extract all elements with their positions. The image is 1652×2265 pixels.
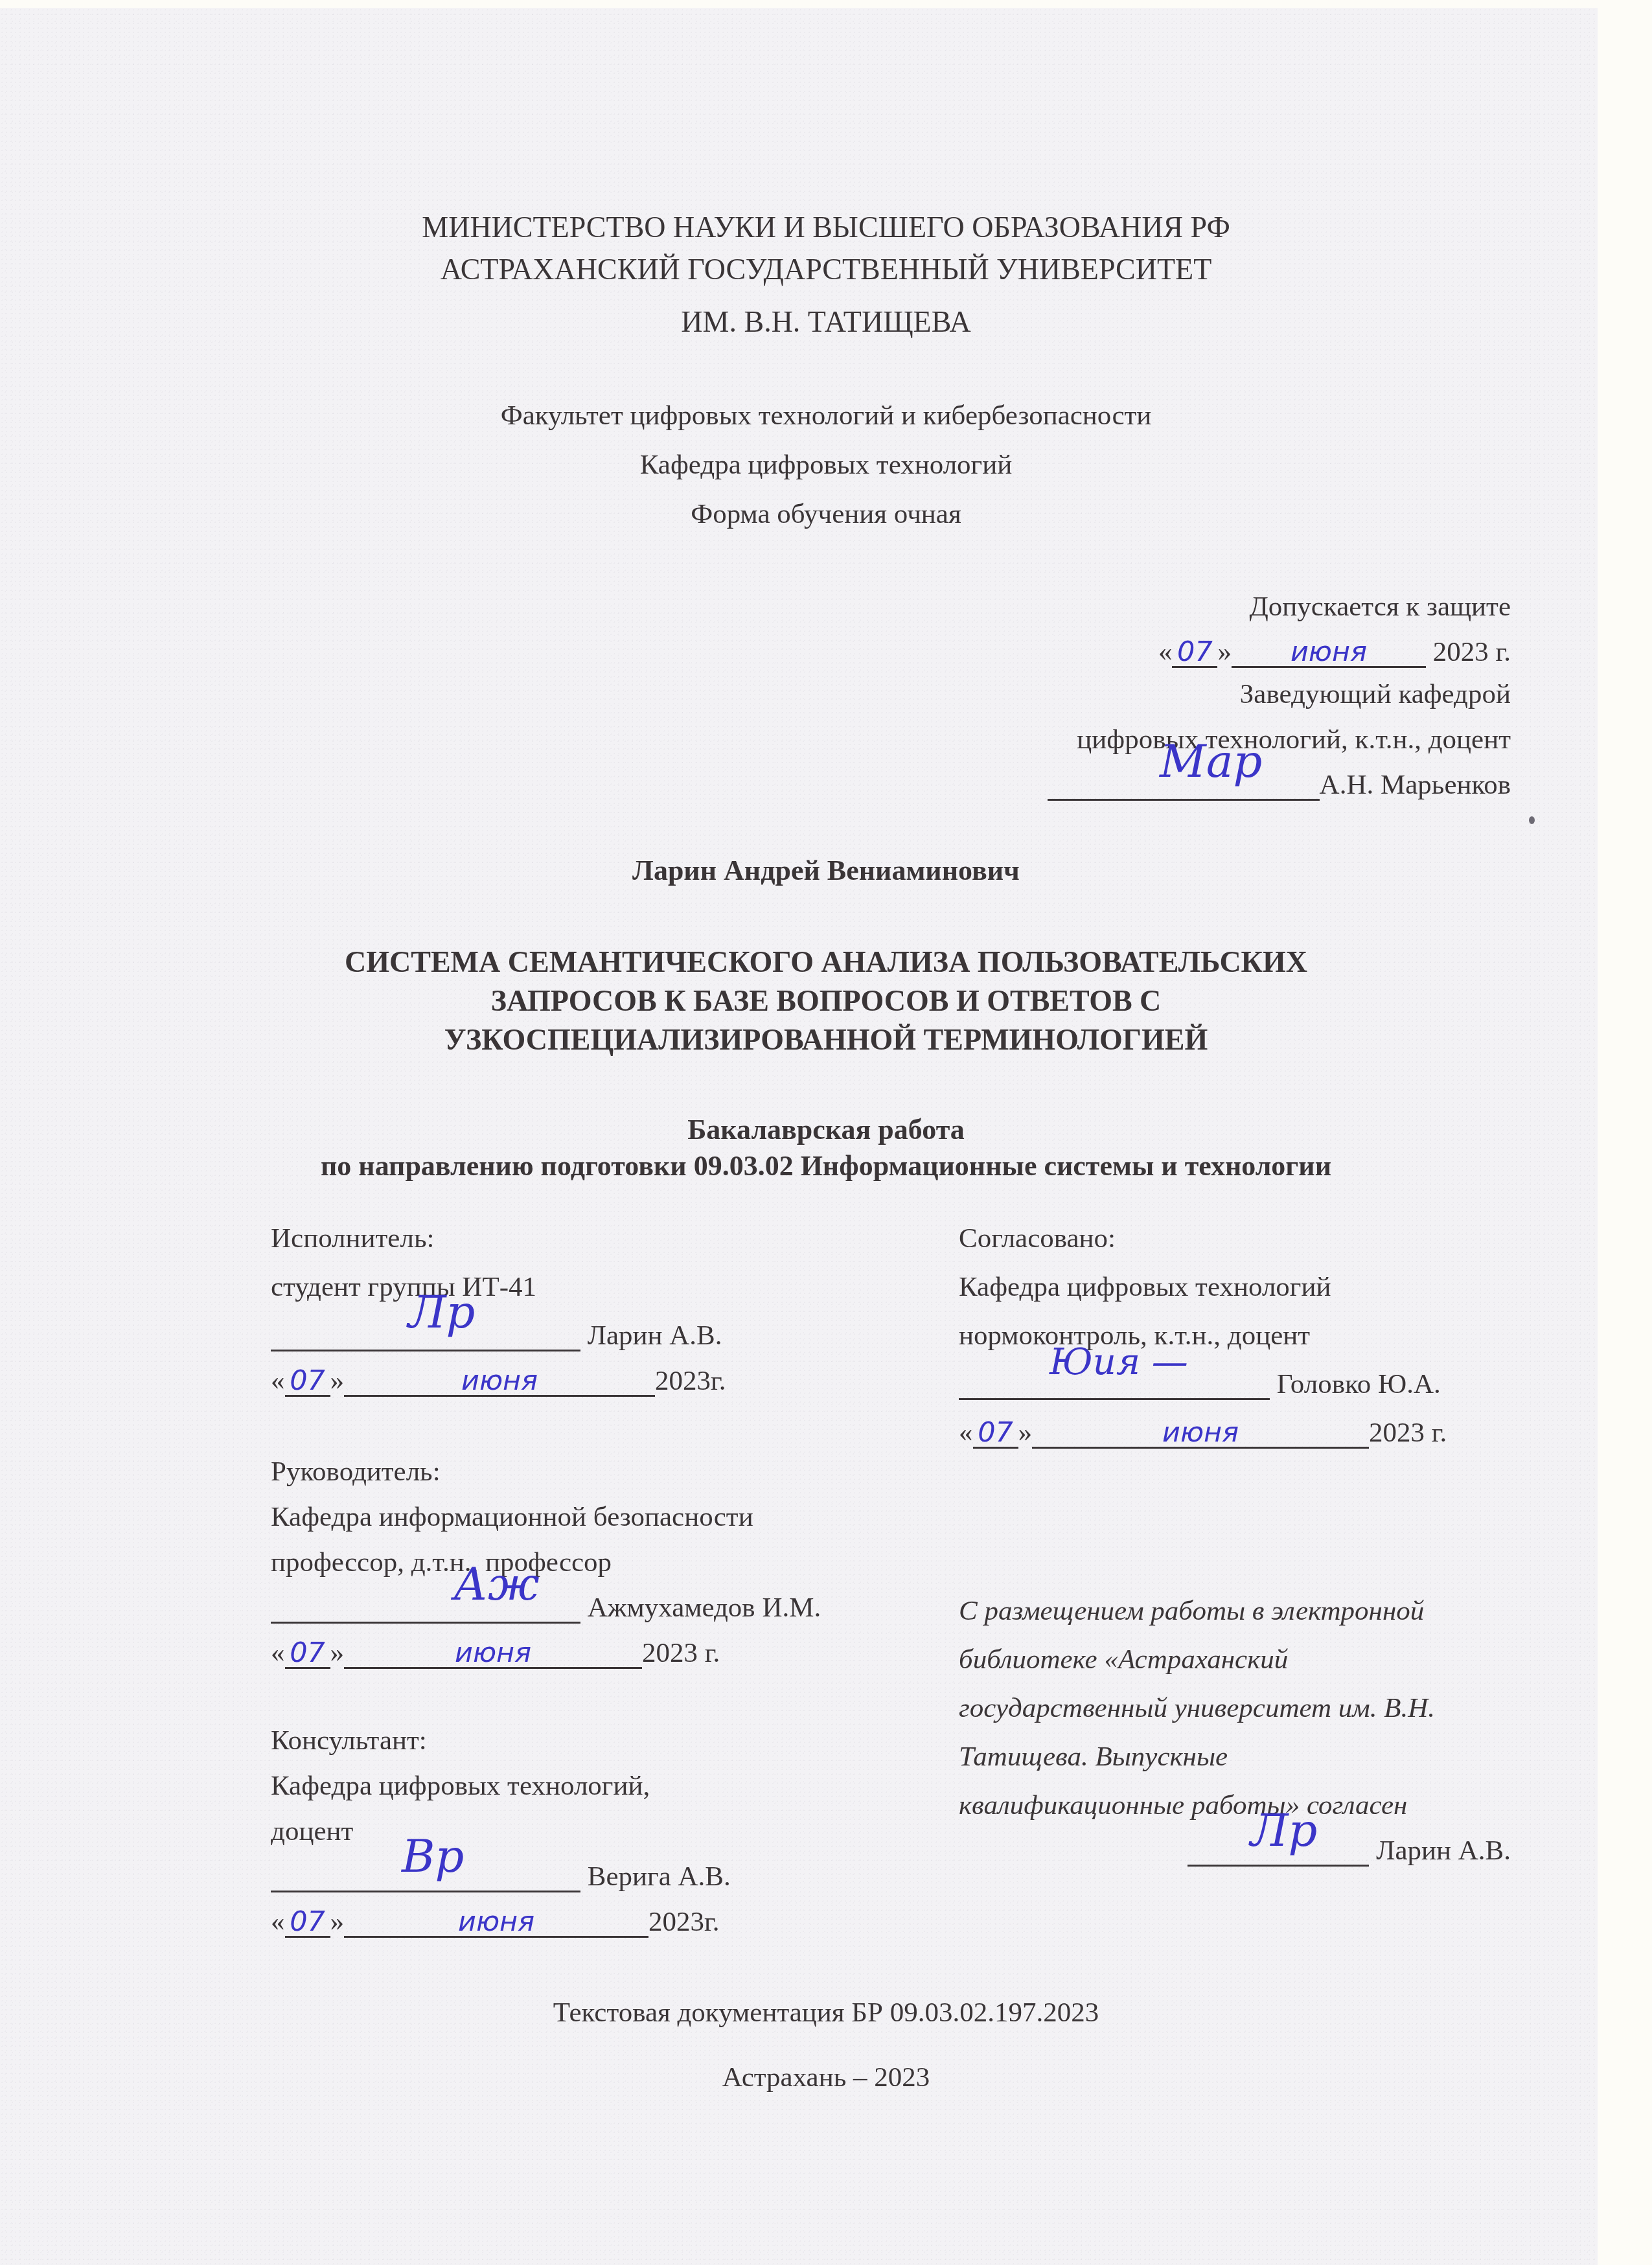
consultant-month: июня bbox=[344, 1908, 648, 1938]
agreed-month: июня bbox=[1032, 1419, 1369, 1449]
consultant-year: 2023г. bbox=[648, 1907, 720, 1937]
consultant-date: «07»июня2023г. bbox=[271, 1908, 720, 1938]
agreed-signature-line: Головко Ю.А. bbox=[959, 1370, 1441, 1400]
supervisor-label: Руководитель: bbox=[271, 1458, 441, 1486]
executor-signature-line: Ларин А.В. bbox=[271, 1322, 722, 1351]
approval-position-line1: Заведующий кафедрой bbox=[1240, 680, 1511, 708]
executor-signature: Лр bbox=[408, 1289, 475, 1335]
consultant-label: Консультант: bbox=[271, 1727, 427, 1754]
supervisor-name: Ажмухамедов И.М. bbox=[588, 1592, 821, 1623]
supervisor-signature: Аж bbox=[453, 1561, 540, 1607]
study-direction: по направлению подготовки 09.03.02 Инфор… bbox=[0, 1152, 1652, 1180]
executor-label: Исполнитель: bbox=[271, 1224, 434, 1252]
library-consent-name: Ларин А.В. bbox=[1376, 1835, 1511, 1866]
supervisor-year: 2023 г. bbox=[642, 1638, 720, 1668]
executor-group: студент группы ИТ-41 bbox=[271, 1273, 536, 1301]
supervisor-signature-line: Ажмухамедов И.М. bbox=[271, 1594, 821, 1624]
consultant-day: 07 bbox=[285, 1908, 330, 1938]
executor-year: 2023г. bbox=[655, 1366, 726, 1396]
supervisor-date: «07»июня2023 г. bbox=[271, 1639, 720, 1669]
approval-month: июня bbox=[1232, 638, 1426, 668]
thesis-title-line1: СИСТЕМА СЕМАНТИЧЕСКОГО АНАЛИЗА ПОЛЬЗОВАТ… bbox=[0, 947, 1652, 977]
agreed-department: Кафедра цифровых технологий bbox=[959, 1273, 1331, 1301]
library-consent-line2: библиотеке «Астраханский bbox=[959, 1646, 1288, 1673]
consultant-title: доцент bbox=[271, 1817, 353, 1845]
executor-day: 07 bbox=[285, 1367, 330, 1397]
executor-date: «07»июня2023г. bbox=[271, 1367, 726, 1397]
consultant-signature: Вр bbox=[402, 1834, 464, 1879]
ministry-heading: МИНИСТЕРСТВО НАУКИ И ВЫСШЕГО ОБРАЗОВАНИЯ… bbox=[0, 213, 1652, 242]
university-heading: АСТРАХАНСКИЙ ГОСУДАРСТВЕННЫЙ УНИВЕРСИТЕТ bbox=[0, 255, 1652, 284]
approval-position-line2: цифровых технологий, к.т.н., доцент bbox=[1077, 726, 1511, 753]
approval-signature-line: А.Н. Марьенков bbox=[1048, 771, 1511, 801]
supervisor-department: Кафедра информационной безопасности bbox=[271, 1503, 753, 1531]
library-consent-line1: С размещением работы в электронной bbox=[959, 1597, 1424, 1625]
thesis-title-line3: УЗКОСПЕЦИАЛИЗИРОВАННОЙ ТЕРМИНОЛОГИЕЙ bbox=[0, 1025, 1652, 1055]
approval-date: «07»июня 2023 г. bbox=[1158, 638, 1511, 668]
agreed-name: Головко Ю.А. bbox=[1277, 1369, 1441, 1399]
agreed-year: 2023 г. bbox=[1369, 1418, 1447, 1448]
approval-name: А.Н. Марьенков bbox=[1320, 770, 1511, 800]
agreed-signature: Юия — bbox=[1050, 1344, 1188, 1381]
library-consent-signature-line: Ларин А.В. bbox=[1187, 1837, 1511, 1867]
department-name: Кафедра цифровых технологий bbox=[0, 451, 1652, 479]
library-consent-line3: государственный университет им. В.Н. bbox=[959, 1694, 1435, 1722]
executor-name: Ларин А.В. bbox=[588, 1320, 722, 1351]
handwritten-signature: Мар bbox=[1160, 739, 1262, 784]
supervisor-day: 07 bbox=[285, 1639, 330, 1669]
consultant-signature-line: Верига А.В. bbox=[271, 1863, 731, 1892]
author-full-name: Ларин Андрей Вениаминович bbox=[0, 857, 1652, 885]
work-type: Бакалаврская работа bbox=[0, 1116, 1652, 1144]
city-year: Астрахань – 2023 bbox=[0, 2064, 1652, 2091]
admitted-label: Допускается к защите bbox=[1250, 593, 1511, 621]
close-quote: » bbox=[1217, 637, 1232, 667]
supervisor-title: профессор, д.т.н., профессор bbox=[271, 1548, 612, 1576]
study-form: Форма обучения очная bbox=[0, 500, 1652, 528]
agreed-date: «07»июня2023 г. bbox=[959, 1419, 1447, 1449]
agreed-label: Согласовано: bbox=[959, 1224, 1116, 1252]
executor-month: июня bbox=[344, 1367, 655, 1397]
agreed-day: 07 bbox=[973, 1419, 1018, 1449]
supervisor-month: июня bbox=[344, 1639, 642, 1669]
faculty-name: Факультет цифровых технологий и кибербез… bbox=[0, 402, 1652, 430]
library-consent-signature: Лр bbox=[1250, 1808, 1317, 1853]
library-consent-line4: Татищева. Выпускные bbox=[959, 1743, 1228, 1771]
consultant-name: Верига А.В. bbox=[588, 1861, 731, 1892]
open-quote: « bbox=[1158, 637, 1173, 667]
university-name: ИМ. В.Н. ТАТИЩЕВА bbox=[0, 307, 1652, 337]
thesis-title-line2: ЗАПРОСОВ К БАЗЕ ВОПРОСОВ И ОТВЕТОВ С bbox=[0, 986, 1652, 1016]
paper-speck bbox=[1529, 816, 1535, 824]
approval-year: 2023 г. bbox=[1433, 637, 1511, 667]
library-consent-line5: квалификационные работы» согласен bbox=[959, 1791, 1407, 1819]
consultant-department: Кафедра цифровых технологий, bbox=[271, 1772, 650, 1800]
approval-day: 07 bbox=[1172, 638, 1217, 668]
document-code: Текстовая документация БР 09.03.02.197.2… bbox=[0, 1999, 1652, 2027]
